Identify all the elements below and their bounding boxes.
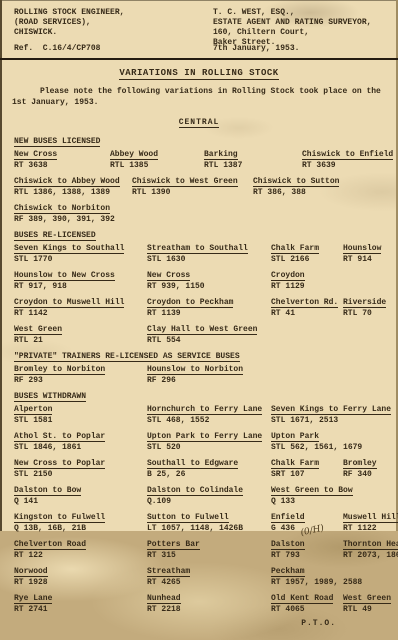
stock-numbers: RT 4065 [271,605,339,614]
stock-numbers: RT 2073, 1867 [343,551,398,560]
route-name: Chiswick to West Green [132,177,238,187]
route-entry: NorwoodRT 1928 [14,567,147,587]
stock-row: Athol St. to PoplarSTL 1846, 1861Upton P… [14,432,398,452]
stock-row: AlpertonSTL 1581Hornchurch to Ferry Lane… [14,405,398,425]
route-name: Barking [204,150,238,160]
route-name: Muswell Hill [343,513,398,523]
section-heading-text: BUSES WITHDRAWN [14,392,86,402]
route-entry: New CrossRT 939, 1150 [147,271,271,291]
stock-numbers: RTL 1387 [204,161,298,170]
route-name: Chiswick to Sutton [253,177,339,187]
stock-numbers: RF 293 [14,376,143,385]
stock-row: New CrossRT 3638Abbey WoodRTL 1385Barkin… [14,150,398,170]
section-buses-withdrawn: BUSES WITHDRAWNAlpertonSTL 1581Hornchurc… [14,392,398,614]
route-entry: Chelverton RoadRT 122 [14,540,147,560]
route-entry: Hounslow to New CrossRT 917, 918 [14,271,147,291]
stock-numbers: RT 2218 [147,605,267,614]
route-name: West Green [14,325,62,335]
route-entry: Hornchurch to Ferry LaneSTL 468, 1552 [147,405,271,425]
stock-numbers: RF 340 [343,470,394,479]
stock-row: Hounslow to New CrossRT 917, 918New Cros… [14,271,398,291]
recipient-line: ESTATE AGENT AND RATING SURVEYOR, [213,18,371,28]
document-title-text: VARIATIONS IN ROLLING STOCK [119,68,278,80]
section-private-trainers-re-licensed-as-service-buses: "PRIVATE" TRAINERS RE-LICENSED AS SERVIC… [14,352,398,385]
stock-row: Croydon to Muswell HillRT 1142Croydon to… [14,298,398,318]
section-heading-text: BUSES RE-LICENSED [14,231,96,241]
route-name: Norwood [14,567,48,577]
route-name: New Cross [14,150,57,160]
route-entry: Upton Park to Ferry LaneSTL 520 [147,432,271,452]
route-name: Croydon to Peckham [147,298,233,308]
route-entry: Potters BarRT 315 [147,540,271,560]
route-name: Rye Lane [14,594,52,604]
stock-row: Kingston to FulwellQ 13B, 16B, 21BSutton… [14,513,398,533]
route-name: Chiswick to Norbiton [14,204,110,214]
stock-row: Chelverton RoadRT 122Potters BarRT 315Da… [14,540,398,560]
route-name: Bromley to Norbiton [14,365,105,375]
stock-numbers: RT 3639 [302,161,394,170]
stock-numbers: RT 1928 [14,578,143,587]
stock-numbers: STL 1846, 1861 [14,443,143,452]
route-entry: Streatham to SouthallSTL 1630 [147,244,271,264]
section-heading: "PRIVATE" TRAINERS RE-LICENSED AS SERVIC… [14,352,398,362]
route-entry: West GreenRTL 49 [343,594,398,614]
letter-page: ROLLING STOCK ENGINEER, (ROAD SERVICES),… [0,0,398,640]
route-name: New Cross to Poplar [14,459,105,469]
route-entry: New CrossRT 3638 [14,150,110,170]
route-name: West Green to Bow [271,486,353,496]
route-entry: West Green to BowQ 133 [271,486,398,506]
route-name: Athol St. to Poplar [14,432,105,442]
stock-numbers: RT 917, 918 [14,282,143,291]
route-name: Peckham [271,567,305,577]
stock-row: West GreenRTL 21Clay Hall to West GreenR… [14,325,398,345]
stock-numbers: STL 2166 [271,255,339,264]
sender-address: ROLLING STOCK ENGINEER, (ROAD SERVICES),… [14,8,124,38]
route-name: Kingston to Fulwell [14,513,105,523]
sender-line: (ROAD SERVICES), [14,18,124,28]
stock-row: NorwoodRT 1928StreathamRT 4265PeckhamRT … [14,567,398,587]
stock-numbers: STL 2150 [14,470,143,479]
stock-numbers: STL 468, 1552 [147,416,267,425]
stock-row: New Cross to PoplarSTL 2150Southall to E… [14,459,398,479]
sender-line: CHISWICK. [14,28,124,38]
stock-numbers: RT 1129 [271,282,394,291]
route-entry: Croydon to PeckhamRT 1139 [147,298,271,318]
stock-numbers: STL 562, 1561, 1679 [271,443,394,452]
route-name: Southall to Edgware [147,459,238,469]
route-entry: EnfieldG 436(0/H) [271,513,343,533]
stock-numbers: RTL 1385 [110,161,200,170]
route-entry: CroydonRT 1129 [271,271,398,291]
stock-numbers: STL 1770 [14,255,143,264]
route-entry: Chiswick to NorbitonRF 389, 390, 391, 39… [14,204,398,224]
route-entry: Chalk FarmSTL 2166 [271,244,343,264]
route-name: Clay Hall to West Green [147,325,257,335]
route-entry: RiversideRTL 70 [343,298,398,318]
stock-numbers: Q 141 [14,497,143,506]
route-name: Nunhead [147,594,181,604]
route-entry: Kingston to FulwellQ 13B, 16B, 21B [14,513,147,533]
variation-sections: NEW BUSES LICENSEDNew CrossRT 3638Abbey … [14,137,398,614]
sender-line: ROLLING STOCK ENGINEER, [14,8,124,18]
stock-row: Rye LaneRT 2741NunheadRT 2218Old Kent Ro… [14,594,398,614]
section-heading: BUSES RE-LICENSED [14,231,398,241]
stock-numbers: Q.109 [147,497,267,506]
stock-numbers: RTL 1390 [132,188,249,197]
route-name: New Cross [147,271,190,281]
route-name: Hornchurch to Ferry Lane [147,405,262,415]
route-entry: Chalk FarmSRT 107 [271,459,343,479]
stock-numbers: RF 296 [147,376,394,385]
route-entry: NunheadRT 2218 [147,594,271,614]
route-entry: Chiswick to West GreenRTL 1390 [132,177,253,197]
route-name: Chelverton Rd. [271,298,338,308]
route-entry: Old Kent RoadRT 4065 [271,594,343,614]
stock-numbers: RF 389, 390, 391, 392 [14,215,394,224]
route-entry: Seven Kings to Ferry LaneSTL 1671, 2513 [271,405,398,425]
route-name: Thornton Heath [343,540,398,550]
stock-numbers: RT 315 [147,551,267,560]
stock-numbers: RT 122 [14,551,143,560]
recipient-line: T. C. WEST, ESQ., [213,8,371,18]
route-entry: Chiswick to SuttonRT 386, 388 [253,177,398,197]
stock-numbers: B 25, 26 [147,470,267,479]
route-entry: Chiswick to EnfieldRT 3639 [302,150,398,170]
stock-numbers: RT 793 [271,551,339,560]
route-name: Upton Park to Ferry Lane [147,432,262,442]
reference-number: Ref. C.16/4/CP708 [14,44,100,53]
letter-date: 7th January, 1953. [213,44,299,53]
route-entry: AlpertonSTL 1581 [14,405,147,425]
document-title: VARIATIONS IN ROLLING STOCK [0,69,398,78]
route-name: Sutton to Fulwell [147,513,229,523]
stock-numbers: RT 939, 1150 [147,282,267,291]
route-name: Chalk Farm [271,244,319,254]
route-entry: Croydon to Muswell HillRT 1142 [14,298,147,318]
route-name: Abbey Wood [110,150,158,160]
route-entry: StreathamRT 4265 [147,567,271,587]
section-new-buses-licensed: NEW BUSES LICENSEDNew CrossRT 3638Abbey … [14,137,398,224]
stock-numbers: RT 1142 [14,309,143,318]
stock-numbers: RTL 21 [14,336,143,345]
route-name: Hounslow to Norbiton [147,365,243,375]
route-entry: Rye LaneRT 2741 [14,594,147,614]
route-name: Bromley [343,459,377,469]
route-name: Streatham to Southall [147,244,248,254]
pto-footer: P.T.O. [301,619,336,628]
stock-numbers: SRT 107 [271,470,339,479]
stock-row: Chiswick to Abbey WoodRTL 1386, 1388, 13… [14,177,398,197]
route-entry: BromleyRF 340 [343,459,398,479]
route-entry: Chelverton Rd.RT 41 [271,298,343,318]
route-entry: Chiswick to Abbey WoodRTL 1386, 1388, 13… [14,177,132,197]
section-heading-text: "PRIVATE" TRAINERS RE-LICENSED AS SERVIC… [14,352,240,362]
stock-numbers: STL 520 [147,443,267,452]
route-entry: Muswell HillRT 1122 [343,513,398,533]
stock-numbers: RTL 49 [343,605,394,614]
route-name: Old Kent Road [271,594,333,604]
route-name: Riverside [343,298,386,308]
route-entry: Clay Hall to West GreenRTL 554 [147,325,398,345]
route-name: Chalk Farm [271,459,319,469]
route-name: Croydon [271,271,305,281]
route-entry: HounslowRT 914 [343,244,398,264]
stock-numbers: G 436(0/H) [271,524,339,533]
stock-numbers: RTL 70 [343,309,394,318]
section-heading-text: NEW BUSES LICENSED [14,137,100,147]
route-name: Chiswick to Abbey Wood [14,177,120,187]
stock-numbers: RT 1139 [147,309,267,318]
route-name: Upton Park [271,432,319,442]
route-entry: Dalston to BowQ 141 [14,486,147,506]
route-entry: PeckhamRT 1957, 1989, 2588 [271,567,398,587]
stock-row: Chiswick to NorbitonRF 389, 390, 391, 39… [14,204,398,224]
stock-numbers: STL 1671, 2513 [271,416,394,425]
stock-row: Seven Kings to SouthallSTL 1770Streatham… [14,244,398,264]
route-name: Enfield [271,513,305,523]
horizontal-rule [0,58,398,60]
route-name: Croydon to Muswell Hill [14,298,124,308]
section-heading: NEW BUSES LICENSED [14,137,398,147]
route-name: Seven Kings to Southall [14,244,124,254]
recipient-line: 160, Chiltern Court, [213,28,371,38]
route-entry: Athol St. to PoplarSTL 1846, 1861 [14,432,147,452]
route-name: Chelverton Road [14,540,86,550]
route-name: Alperton [14,405,52,415]
route-name: Chiswick to Enfield [302,150,393,160]
letterhead: ROLLING STOCK ENGINEER, (ROAD SERVICES),… [0,0,398,58]
handwritten-note: (0/H) [300,525,325,539]
stock-row: Bromley to NorbitonRF 293Hounslow to Nor… [14,365,398,385]
stock-numbers: RT 386, 388 [253,188,394,197]
route-name: West Green [343,594,391,604]
stock-numbers: RTL 554 [147,336,394,345]
stock-numbers: RTL 1386, 1388, 1389 [14,188,128,197]
stock-numbers: RT 2741 [14,605,143,614]
region-heading-text: CENTRAL [179,118,220,128]
route-entry: Southall to EdgwareB 25, 26 [147,459,271,479]
recipient-address: T. C. WEST, ESQ., ESTATE AGENT AND RATIN… [213,8,371,48]
route-entry: DalstonRT 793 [271,540,343,560]
route-entry: New Cross to PoplarSTL 2150 [14,459,147,479]
route-entry: Upton ParkSTL 562, 1561, 1679 [271,432,398,452]
stock-numbers: STL 1630 [147,255,267,264]
route-name: Seven Kings to Ferry Lane [271,405,391,415]
stock-numbers: LT 1057, 1148, 1426B [147,524,267,533]
route-entry: BarkingRTL 1387 [204,150,302,170]
region-heading: CENTRAL [0,118,398,127]
stock-numbers: STL 1581 [14,416,143,425]
route-entry: Dalston to ColindaleQ.109 [147,486,271,506]
stock-numbers: RT 41 [271,309,339,318]
route-entry: Seven Kings to SouthallSTL 1770 [14,244,147,264]
route-name: Hounslow to New Cross [14,271,115,281]
route-name: Hounslow [343,244,381,254]
route-entry: Hounslow to NorbitonRF 296 [147,365,398,385]
stock-numbers: RT 3638 [14,161,106,170]
section-heading: BUSES WITHDRAWN [14,392,398,402]
route-entry: Thornton HeathRT 2073, 1867 [343,540,398,560]
route-name: Dalston to Bow [14,486,81,496]
route-name: Dalston to Colindale [147,486,243,496]
route-entry: Abbey WoodRTL 1385 [110,150,204,170]
route-entry: Bromley to NorbitonRF 293 [14,365,147,385]
route-name: Potters Bar [147,540,200,550]
stock-numbers: RT 4265 [147,578,267,587]
stock-numbers: RT 1957, 1989, 2588 [271,578,394,587]
section-buses-re-licensed: BUSES RE-LICENSEDSeven Kings to Southall… [14,231,398,345]
stock-numbers: Q 13B, 16B, 21B [14,524,143,533]
stock-numbers: Q 133 [271,497,394,506]
letter-content: ROLLING STOCK ENGINEER, (ROAD SERVICES),… [0,0,398,614]
route-entry: West GreenRTL 21 [14,325,147,345]
route-name: Dalston [271,540,305,550]
intro-paragraph: Please note the following variations in … [12,86,392,108]
route-name: Streatham [147,567,190,577]
route-entry: Sutton to FulwellLT 1057, 1148, 1426B [147,513,271,533]
stock-numbers: RT 1122 [343,524,398,533]
stock-row: Dalston to BowQ 141Dalston to ColindaleQ… [14,486,398,506]
stock-numbers: RT 914 [343,255,394,264]
